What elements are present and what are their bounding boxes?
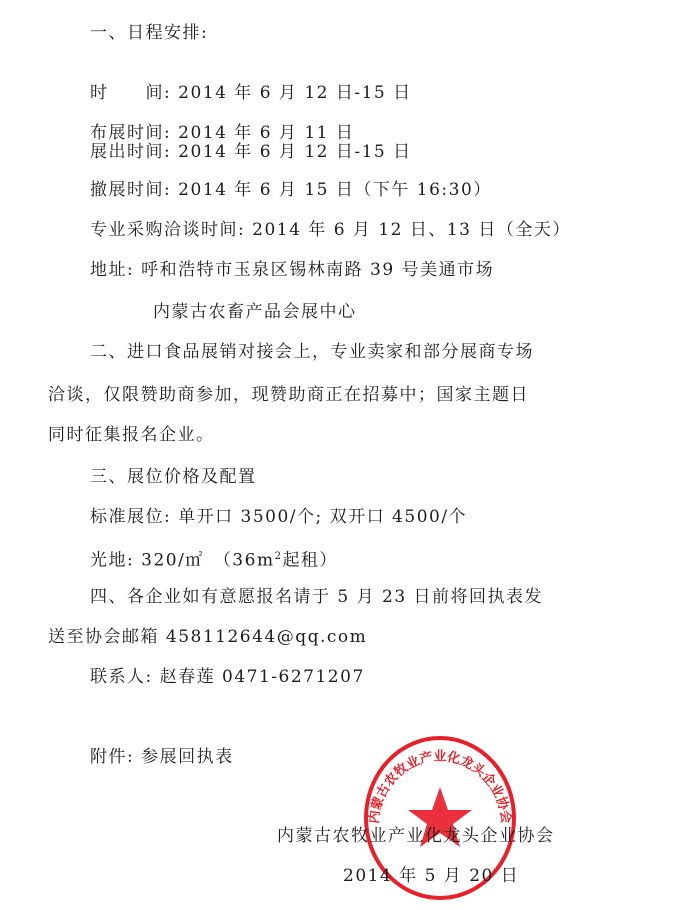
signature-date: 2014 年 5 月 20 日 — [343, 865, 519, 887]
contact-person: 联系人: 赵春莲 0471-6271207 — [90, 666, 365, 688]
schedule-procurement: 专业采购洽谈时间: 2014 年 6 月 12 日、13 日（全天） — [90, 219, 571, 241]
schedule-time: 时 间: 2014 年 6 月 12 日-15 日 — [90, 82, 412, 104]
standard-booth-price: 标准展位: 单开口 3500/个; 双开口 4500/个 — [90, 506, 467, 528]
section1-heading: 一、日程安排: — [90, 22, 208, 44]
raw-space-prefix: 光地: 320/㎡ （36m — [90, 551, 275, 571]
schedule-exhibit: 展出时间: 2014 年 6 月 12 日-15 日 — [90, 141, 412, 163]
raw-space-suffix: 起租） — [282, 551, 338, 571]
section4-line1: 四、各企业如有意愿报名请于 5 月 23 日前将回执表发 — [90, 586, 543, 608]
section3-heading: 三、展位价格及配置 — [90, 466, 257, 488]
schedule-teardown: 撤展时间: 2014 年 6 月 15 日（下午 16:30） — [90, 179, 492, 201]
section4-line2: 送至协会邮箱 458112644@qq.com — [48, 626, 367, 648]
address-line2: 内蒙古农畜产品会展中心 — [153, 301, 357, 323]
section2-line3: 同时征集报名企业。 — [48, 424, 215, 446]
signature-organization: 内蒙古农牧业产业化龙头企业协会 — [277, 825, 555, 847]
address-line1: 地址: 呼和浩特市玉泉区锡林南路 39 号美通市场 — [90, 259, 494, 281]
section2-line1: 二、进口食品展销对接会上，专业卖家和部分展商专场 — [90, 341, 534, 363]
raw-space-price: 光地: 320/㎡ （36m2起租） — [90, 546, 338, 572]
section2-line2: 洽谈，仅限赞助商参加，现赞助商正在招募中；国家主题日 — [48, 384, 529, 406]
attachment-note: 附件: 参展回执表 — [90, 746, 234, 768]
